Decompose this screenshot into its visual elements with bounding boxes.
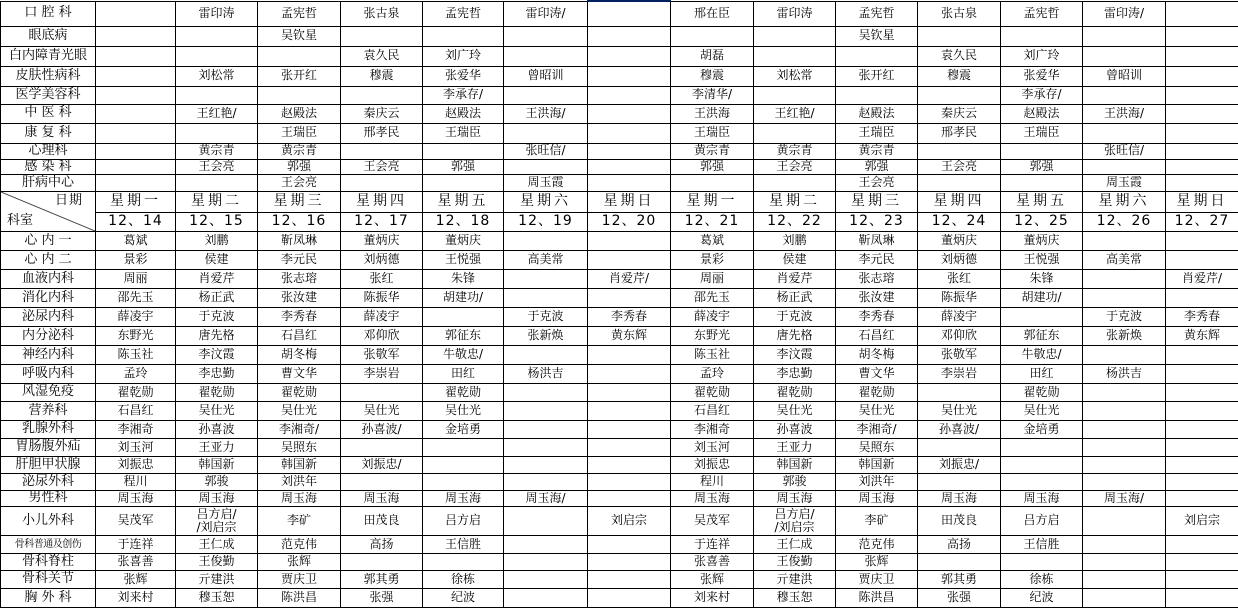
schedule-cell[interactable]: 王会亮 [836,174,918,191]
schedule-cell[interactable]: 赵殿法 [423,104,504,123]
schedule-cell[interactable]: 肖爱芹 [176,269,258,288]
schedule-cell[interactable]: 杨正武 [176,288,258,307]
schedule-cell[interactable]: 刘启宗 [588,506,671,535]
schedule-cell[interactable]: 范克伟 [258,535,341,553]
schedule-cell[interactable] [504,159,588,174]
schedule-cell[interactable] [504,456,588,473]
day-header-cell[interactable]: 星期四 [918,191,1001,212]
schedule-cell[interactable]: 吴钦星 [836,26,918,46]
schedule-cell[interactable]: 王悦强 [1001,250,1083,269]
schedule-cell[interactable] [1166,46,1238,66]
schedule-cell[interactable]: 翟乾勋 [258,383,341,401]
schedule-cell[interactable]: 董炳庆 [918,231,1001,250]
schedule-cell[interactable]: 邓仰欣 [918,326,1001,345]
schedule-cell[interactable]: 牛敬忠/ [1001,345,1083,364]
schedule-cell[interactable]: 王仁成 [754,535,836,553]
schedule-cell[interactable]: 翟乾勋 [754,383,836,401]
schedule-cell[interactable]: 邵先玉 [96,288,176,307]
schedule-cell[interactable] [588,123,671,143]
schedule-cell[interactable]: 刘松常 [754,66,836,86]
schedule-cell[interactable]: 吴茂军 [96,506,176,535]
schedule-cell[interactable]: 秦庆云 [341,104,423,123]
schedule-cell[interactable] [588,345,671,364]
schedule-cell[interactable]: 吴仕光 [258,401,341,420]
schedule-cell[interactable] [1083,588,1166,607]
schedule-cell[interactable] [588,438,671,456]
schedule-cell[interactable]: 王俊勤 [754,553,836,570]
dept-cell[interactable]: 骨科脊柱 [1,553,96,570]
schedule-cell[interactable] [1166,438,1238,456]
schedule-cell[interactable]: 孟宪哲 [423,1,504,26]
schedule-cell[interactable]: 吴照东 [258,438,341,456]
schedule-cell[interactable] [1083,570,1166,588]
schedule-cell[interactable]: 李湘奇 [671,420,754,438]
schedule-cell[interactable]: 张新焕 [504,326,588,345]
schedule-cell[interactable]: 韩国新 [836,456,918,473]
schedule-cell[interactable]: 陈洪昌 [836,588,918,607]
schedule-cell[interactable]: 黄宗青 [836,143,918,159]
dept-cell[interactable]: 心理科 [1,143,96,159]
dept-cell[interactable]: 营养科 [1,401,96,420]
day-header-cell[interactable]: 星期三 [258,191,341,212]
schedule-cell[interactable]: 范克伟 [836,535,918,553]
schedule-cell[interactable] [588,383,671,401]
schedule-cell[interactable]: 肖爱芹/ [1166,269,1238,288]
schedule-cell[interactable]: 张辉 [96,570,176,588]
schedule-cell[interactable]: 张强 [341,588,423,607]
schedule-cell[interactable] [1166,364,1238,383]
dept-cell[interactable]: 骨科普通及创伤 [1,535,96,553]
schedule-cell[interactable]: 李元民 [258,250,341,269]
schedule-cell[interactable] [176,174,258,191]
schedule-cell[interactable]: 于克波 [1083,307,1166,326]
schedule-cell[interactable]: 亓建洪 [754,570,836,588]
schedule-cell[interactable]: 薛凌宇 [671,307,754,326]
dept-cell[interactable]: 胸 外 科 [1,588,96,607]
schedule-cell[interactable]: 程川 [671,473,754,490]
schedule-cell[interactable]: 李湘奇 [96,420,176,438]
schedule-cell[interactable]: 郭其勇 [918,570,1001,588]
schedule-cell[interactable] [341,26,423,46]
schedule-cell[interactable]: 张辉 [836,553,918,570]
schedule-cell[interactable] [588,46,671,66]
schedule-cell[interactable]: 王俊勤 [176,553,258,570]
schedule-cell[interactable]: 周丽 [671,269,754,288]
schedule-cell[interactable]: 李秀春 [258,307,341,326]
schedule-cell[interactable] [1166,553,1238,570]
schedule-cell[interactable] [341,174,423,191]
schedule-cell[interactable]: 刘鹏 [754,231,836,250]
schedule-cell[interactable] [341,473,423,490]
schedule-cell[interactable]: 金培勇 [423,420,504,438]
schedule-cell[interactable]: 邢孝民 [341,123,423,143]
schedule-cell[interactable]: 董炳庆 [423,231,504,250]
schedule-cell[interactable]: 翟乾勋 [1001,383,1083,401]
schedule-cell[interactable] [1083,123,1166,143]
schedule-cell[interactable] [258,86,341,104]
schedule-cell[interactable] [96,174,176,191]
schedule-cell[interactable] [1166,174,1238,191]
schedule-cell[interactable] [588,66,671,86]
schedule-cell[interactable]: 刘炳德 [918,250,1001,269]
schedule-cell[interactable] [1166,1,1238,26]
dept-cell[interactable]: 乳腺外科 [1,420,96,438]
schedule-cell[interactable] [176,123,258,143]
dept-cell[interactable]: 口 腔 科 [1,1,96,26]
schedule-cell[interactable]: 李元民 [836,250,918,269]
schedule-cell[interactable] [504,535,588,553]
schedule-cell[interactable] [1083,231,1166,250]
schedule-cell[interactable]: 黄宗青 [671,143,754,159]
schedule-cell[interactable]: 张志瑢 [836,269,918,288]
schedule-cell[interactable] [504,383,588,401]
schedule-cell[interactable]: 郭强 [671,159,754,174]
schedule-cell[interactable]: 刘启宗 [1166,506,1238,535]
schedule-cell[interactable]: 李承存/ [1001,86,1083,104]
dept-cell[interactable]: 白内障青光眼 [1,46,96,66]
schedule-cell[interactable]: 葛斌 [96,231,176,250]
schedule-cell[interactable]: 东野光 [96,326,176,345]
schedule-cell[interactable]: 孟宪哲 [258,1,341,26]
schedule-cell[interactable] [504,588,588,607]
schedule-cell[interactable]: 张辉 [258,553,341,570]
schedule-cell[interactable]: 张红 [918,269,1001,288]
schedule-cell[interactable]: 刘振忠/ [341,456,423,473]
schedule-cell[interactable] [754,123,836,143]
schedule-cell[interactable]: 陈振华 [918,288,1001,307]
corner-cell[interactable]: 日期科室 [1,191,96,231]
schedule-cell[interactable]: 陈玉社 [96,345,176,364]
schedule-cell[interactable]: 周玉海 [341,490,423,506]
schedule-cell[interactable]: 石昌红 [836,326,918,345]
schedule-cell[interactable]: 孟玲 [671,364,754,383]
dept-cell[interactable]: 消化内科 [1,288,96,307]
schedule-cell[interactable] [96,86,176,104]
schedule-cell[interactable]: 赵殿法 [836,104,918,123]
schedule-cell[interactable] [504,420,588,438]
day-header-cell[interactable]: 星期日 [1166,191,1238,212]
schedule-cell[interactable]: 黄宗青 [754,143,836,159]
schedule-cell[interactable] [1166,588,1238,607]
schedule-cell[interactable] [588,535,671,553]
schedule-cell[interactable] [588,456,671,473]
schedule-cell[interactable]: 李秀春 [588,307,671,326]
schedule-cell[interactable] [96,46,176,66]
date-header-cell[interactable]: 12、19 [504,212,588,231]
schedule-cell[interactable] [504,26,588,46]
schedule-cell[interactable]: 葛斌 [671,231,754,250]
schedule-cell[interactable] [918,473,1001,490]
schedule-cell[interactable] [96,159,176,174]
schedule-cell[interactable]: 王悦强 [423,250,504,269]
schedule-cell[interactable]: 张爱华 [1001,66,1083,86]
schedule-cell[interactable] [588,143,671,159]
schedule-cell[interactable]: 翟乾勋 [671,383,754,401]
schedule-cell[interactable]: 徐栋 [423,570,504,588]
schedule-cell[interactable]: 穆震 [918,66,1001,86]
schedule-cell[interactable]: 王红艳/ [176,104,258,123]
schedule-cell[interactable]: 田茂良 [341,506,423,535]
dept-cell[interactable]: 血液内科 [1,269,96,288]
schedule-cell[interactable]: 肖爱芹 [754,269,836,288]
schedule-cell[interactable]: 张开红 [836,66,918,86]
schedule-cell[interactable] [588,26,671,46]
schedule-cell[interactable]: 周丽 [96,269,176,288]
dept-cell[interactable]: 呼吸内科 [1,364,96,383]
schedule-cell[interactable]: 薛凌宇 [96,307,176,326]
schedule-cell[interactable]: 张新焕 [1083,326,1166,345]
schedule-cell[interactable]: 于克波 [754,307,836,326]
schedule-cell[interactable]: 黄东辉 [1166,326,1238,345]
schedule-cell[interactable]: 孙喜波 [176,420,258,438]
schedule-cell[interactable]: 王瑞臣 [836,123,918,143]
schedule-cell[interactable]: 程川 [96,473,176,490]
schedule-cell[interactable]: 薛凌宇 [918,307,1001,326]
date-header-cell[interactable]: 12、15 [176,212,258,231]
schedule-cell[interactable] [1001,456,1083,473]
schedule-cell[interactable]: 曾昭训 [1083,66,1166,86]
day-header-cell[interactable]: 星期一 [96,191,176,212]
schedule-cell[interactable] [1083,535,1166,553]
schedule-cell[interactable] [176,86,258,104]
schedule-cell[interactable]: 景彩 [671,250,754,269]
day-header-cell[interactable]: 星期五 [1001,191,1083,212]
schedule-cell[interactable]: 吴仕光 [423,401,504,420]
schedule-cell[interactable] [96,66,176,86]
schedule-cell[interactable]: 黄宗青 [258,143,341,159]
schedule-cell[interactable] [1083,383,1166,401]
schedule-cell[interactable]: 唐先格 [176,326,258,345]
day-header-cell[interactable]: 星期三 [836,191,918,212]
schedule-cell[interactable]: 孟宪哲 [1001,1,1083,26]
schedule-cell[interactable]: 张汝建 [836,288,918,307]
schedule-cell[interactable]: 周玉霞 [1083,174,1166,191]
schedule-cell[interactable] [1083,473,1166,490]
schedule-cell[interactable] [1083,438,1166,456]
schedule-cell[interactable]: 吴仕光 [754,401,836,420]
schedule-cell[interactable] [1083,288,1166,307]
schedule-cell[interactable]: 牛敬忠/ [423,345,504,364]
schedule-cell[interactable] [588,364,671,383]
schedule-cell[interactable] [918,26,1001,46]
schedule-cell[interactable]: 刘洪年 [258,473,341,490]
schedule-cell[interactable] [504,553,588,570]
schedule-cell[interactable]: 李汶霞 [754,345,836,364]
dept-cell[interactable]: 骨科关节 [1,570,96,588]
schedule-cell[interactable]: 雷印涛/ [1083,1,1166,26]
schedule-cell[interactable]: 翟乾勋 [176,383,258,401]
dept-cell[interactable]: 神经内科 [1,345,96,364]
dept-cell[interactable]: 男性科 [1,490,96,506]
schedule-cell[interactable] [588,570,671,588]
schedule-cell[interactable]: 侯建 [176,250,258,269]
schedule-cell[interactable]: 徐栋 [1001,570,1083,588]
schedule-cell[interactable] [504,438,588,456]
schedule-cell[interactable]: 刘来村 [96,588,176,607]
schedule-cell[interactable] [918,383,1001,401]
schedule-cell[interactable]: 王瑞臣 [1001,123,1083,143]
schedule-cell[interactable]: 东野光 [671,326,754,345]
schedule-cell[interactable] [1083,420,1166,438]
schedule-cell[interactable]: 杨洪吉 [1083,364,1166,383]
schedule-cell[interactable] [504,288,588,307]
schedule-cell[interactable] [504,473,588,490]
schedule-cell[interactable] [176,26,258,46]
schedule-cell[interactable]: 周玉海 [671,490,754,506]
schedule-cell[interactable]: 王红艳/ [754,104,836,123]
schedule-cell[interactable]: 于连祥 [96,535,176,553]
schedule-cell[interactable] [588,250,671,269]
schedule-cell[interactable] [1166,86,1238,104]
schedule-cell[interactable] [1001,438,1083,456]
schedule-cell[interactable]: 李湘奇/ [258,420,341,438]
schedule-cell[interactable] [504,231,588,250]
schedule-cell[interactable] [588,490,671,506]
schedule-cell[interactable]: 刘广玲 [1001,46,1083,66]
schedule-cell[interactable]: 李秀春 [1166,307,1238,326]
schedule-cell[interactable]: 秦庆云 [918,104,1001,123]
dept-cell[interactable]: 内分泌科 [1,326,96,345]
schedule-cell[interactable]: 王信胜 [423,535,504,553]
schedule-cell[interactable]: 王瑞臣 [258,123,341,143]
schedule-cell[interactable]: 李湘奇/ [836,420,918,438]
date-header-cell[interactable]: 12、24 [918,212,1001,231]
schedule-cell[interactable]: 孟宪哲 [836,1,918,26]
schedule-cell[interactable] [423,174,504,191]
day-header-cell[interactable]: 星期二 [754,191,836,212]
schedule-cell[interactable]: 郭强 [1001,159,1083,174]
schedule-cell[interactable] [836,46,918,66]
schedule-cell[interactable]: 孟玲 [96,364,176,383]
schedule-cell[interactable] [588,288,671,307]
schedule-cell[interactable]: 张志瑢 [258,269,341,288]
dept-cell[interactable]: 肝病中心 [1,174,96,191]
schedule-cell[interactable]: 王会亮 [258,174,341,191]
dept-cell[interactable]: 心 内 二 [1,250,96,269]
schedule-cell[interactable]: 吴茂军 [671,506,754,535]
dept-cell[interactable]: 肝胆甲状腺 [1,456,96,473]
schedule-cell[interactable] [918,438,1001,456]
dept-cell[interactable]: 感 染 科 [1,159,96,174]
schedule-cell[interactable]: 景彩 [96,250,176,269]
schedule-cell[interactable]: 刘广玲 [423,46,504,66]
day-header-cell[interactable]: 星期二 [176,191,258,212]
day-header-cell[interactable]: 星期五 [423,191,504,212]
schedule-cell[interactable]: 刘松常 [176,66,258,86]
dept-cell[interactable]: 小儿外科 [1,506,96,535]
schedule-cell[interactable]: 周玉海 [96,490,176,506]
day-header-cell[interactable]: 星期六 [504,191,588,212]
schedule-cell[interactable]: 刘振忠 [96,456,176,473]
schedule-cell[interactable]: 李承存/ [423,86,504,104]
schedule-cell[interactable] [423,553,504,570]
schedule-cell[interactable] [1166,66,1238,86]
schedule-cell[interactable] [1166,288,1238,307]
schedule-cell[interactable]: 田红 [1001,364,1083,383]
schedule-cell[interactable] [1166,570,1238,588]
schedule-cell[interactable] [1083,401,1166,420]
schedule-cell[interactable]: 张喜善 [671,553,754,570]
schedule-cell[interactable] [1166,143,1238,159]
dept-cell[interactable]: 医学美容科 [1,86,96,104]
schedule-cell[interactable] [1083,345,1166,364]
schedule-cell[interactable]: 穆震 [671,66,754,86]
schedule-cell[interactable]: 雷印涛/ [504,1,588,26]
schedule-cell[interactable] [754,26,836,46]
schedule-cell[interactable] [504,46,588,66]
schedule-cell[interactable] [423,143,504,159]
schedule-cell[interactable]: 刘炳德 [341,250,423,269]
schedule-cell[interactable]: 靳凤琳 [836,231,918,250]
schedule-cell[interactable] [423,26,504,46]
day-header-cell[interactable]: 星期一 [671,191,754,212]
dept-cell[interactable]: 中 医 科 [1,104,96,123]
schedule-cell[interactable] [1001,26,1083,46]
schedule-cell[interactable]: 翟乾勋 [836,383,918,401]
schedule-cell[interactable]: 于克波 [504,307,588,326]
dept-cell[interactable]: 胃肠腹外疝 [1,438,96,456]
schedule-cell[interactable]: 吴仕光 [341,401,423,420]
schedule-cell[interactable]: 杨洪吉 [504,364,588,383]
schedule-cell[interactable]: 陈振华 [341,288,423,307]
schedule-cell[interactable]: 韩国新 [258,456,341,473]
schedule-cell[interactable]: 王亚力 [176,438,258,456]
schedule-cell[interactable] [96,1,176,26]
schedule-cell[interactable] [1166,345,1238,364]
schedule-cell[interactable]: 吴钦星 [258,26,341,46]
schedule-cell[interactable]: 郭强 [836,159,918,174]
schedule-cell[interactable] [258,46,341,66]
schedule-cell[interactable]: 邵先玉 [671,288,754,307]
schedule-cell[interactable] [1001,473,1083,490]
schedule-cell[interactable] [504,401,588,420]
schedule-cell[interactable]: 李忠勤 [754,364,836,383]
schedule-cell[interactable]: 周玉海 [836,490,918,506]
dept-cell[interactable]: 泌尿外科 [1,473,96,490]
schedule-cell[interactable]: 赵殿法 [1001,104,1083,123]
schedule-cell[interactable]: 王洪海 [671,104,754,123]
schedule-cell[interactable] [1083,456,1166,473]
schedule-cell[interactable] [1083,159,1166,174]
schedule-cell[interactable]: 王洪海/ [504,104,588,123]
schedule-cell[interactable]: 张开红 [258,66,341,86]
schedule-cell[interactable]: 李清华/ [671,86,754,104]
date-header-cell[interactable]: 12、26 [1083,212,1166,231]
schedule-cell[interactable]: 刘洪年 [836,473,918,490]
schedule-cell[interactable]: 曹文华 [258,364,341,383]
schedule-cell[interactable] [423,438,504,456]
schedule-cell[interactable]: 田茂良 [918,506,1001,535]
schedule-cell[interactable]: 郭其勇 [341,570,423,588]
date-header-cell[interactable]: 12、22 [754,212,836,231]
schedule-cell[interactable] [588,420,671,438]
schedule-cell[interactable] [1166,490,1238,506]
schedule-cell[interactable]: 韩国新 [754,456,836,473]
schedule-cell[interactable] [1166,383,1238,401]
schedule-cell[interactable]: 张辉 [671,570,754,588]
schedule-cell[interactable]: 刘来村 [671,588,754,607]
date-header-cell[interactable]: 12、23 [836,212,918,231]
date-header-cell[interactable]: 12、25 [1001,212,1083,231]
schedule-cell[interactable] [341,438,423,456]
schedule-cell[interactable]: 翟乾勋 [423,383,504,401]
dept-cell[interactable]: 心 内 一 [1,231,96,250]
schedule-cell[interactable] [588,473,671,490]
day-header-cell[interactable]: 星期六 [1083,191,1166,212]
schedule-cell[interactable] [671,174,754,191]
schedule-cell[interactable] [1166,401,1238,420]
schedule-cell[interactable]: 吕方启/ /刘启宗 [754,506,836,535]
